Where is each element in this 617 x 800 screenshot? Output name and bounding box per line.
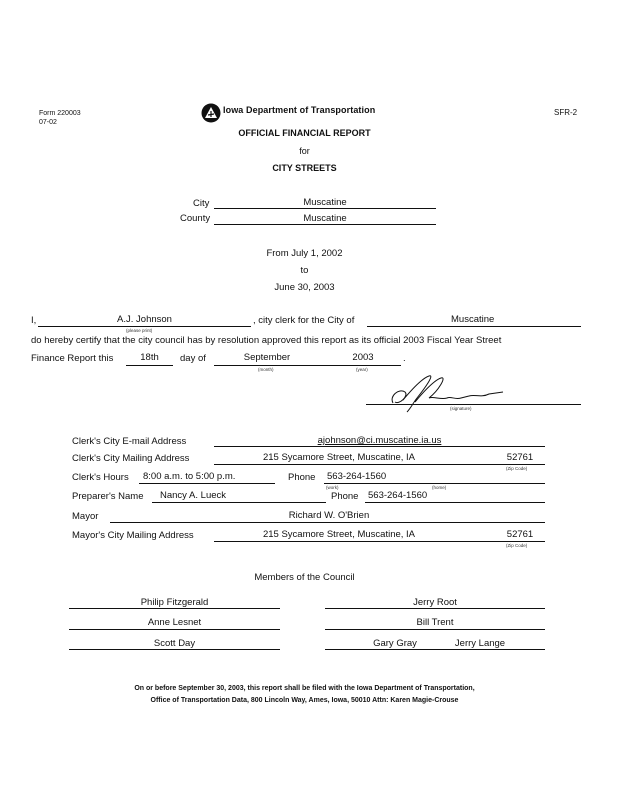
signature-underline — [366, 404, 581, 405]
clerk-phone-label: Phone — [288, 472, 315, 483]
form-code: SFR-2 — [554, 108, 577, 117]
day-underline — [126, 365, 173, 366]
email-field[interactable]: ajohnson@ci.muscatine.ia.us — [214, 435, 545, 446]
email-label: Clerk's City E-mail Address — [72, 436, 186, 447]
year-field[interactable]: 2003 — [340, 352, 386, 363]
hours-field[interactable]: 8:00 a.m. to 5:00 p.m. — [139, 471, 273, 482]
mayor-label: Mayor — [72, 511, 98, 522]
iowa-dot-logo-icon — [201, 103, 221, 123]
council-member-right-3[interactable]: Gary Gray — [360, 638, 430, 649]
form-date: 07-02 — [39, 119, 57, 126]
report-subtitle: CITY STREETS — [0, 163, 617, 173]
cert-city-field[interactable]: Muscatine — [367, 314, 581, 325]
footer-line-2: Office of Transportation Data, 800 Linco… — [0, 697, 617, 704]
mayor-mailing-label: Mayor's City Mailing Address — [72, 530, 194, 541]
council-left-underline-1 — [69, 608, 280, 609]
council-member-right-4[interactable]: Jerry Lange — [440, 638, 520, 649]
preparer-label: Preparer's Name — [72, 491, 144, 502]
city-underline — [214, 208, 436, 209]
cert-prefix: I, — [31, 315, 36, 326]
clerk-name-underline — [38, 326, 251, 327]
email-underline — [214, 446, 545, 447]
agency-name: Iowa Department of Transportation — [223, 105, 375, 115]
footer-line-1: On or before September 30, 2003, this re… — [0, 685, 617, 692]
finance-report-text: Finance Report this — [31, 353, 113, 364]
council-member-right-2[interactable]: Bill Trent — [325, 617, 545, 628]
city-field[interactable]: Muscatine — [214, 197, 436, 208]
clerk-zip-hint: (Zip Code) — [506, 466, 527, 471]
preparer-phone-label: Phone — [331, 491, 358, 502]
mayor-mailing-field[interactable]: 215 Sycamore Street, Muscatine, IA — [214, 529, 464, 540]
clerk-mailing-field[interactable]: 215 Sycamore Street, Muscatine, IA — [214, 452, 464, 463]
clerk-role-text: , city clerk for the City of — [253, 315, 354, 326]
city-label: City — [193, 198, 209, 209]
mayor-mailing-underline — [214, 541, 545, 542]
council-right-underline-2 — [325, 629, 545, 630]
preparer-phone-field[interactable]: 563-264-1560 — [365, 490, 448, 501]
clerk-name-hint: (please print) — [126, 328, 152, 333]
cert-city-underline — [367, 326, 581, 327]
day-field[interactable]: 18th — [126, 352, 173, 363]
report-title: OFFICIAL FINANCIAL REPORT — [0, 128, 617, 138]
preparer-phone-underline — [365, 502, 545, 503]
clerk-zip-field[interactable]: 52761 — [500, 452, 540, 463]
period-to-label: to — [0, 265, 617, 276]
council-right-underline-1 — [325, 608, 545, 609]
preparer-underline — [152, 502, 326, 503]
hours-underline — [139, 483, 275, 484]
council-member-left-1[interactable]: Philip Fitzgerald — [69, 597, 280, 608]
council-right-underline-3 — [325, 649, 545, 650]
signature-hint: (signature) — [450, 406, 472, 411]
council-member-right-1[interactable]: Jerry Root — [325, 597, 545, 608]
mayor-field[interactable]: Richard W. O'Brien — [214, 510, 444, 521]
period-end: . — [403, 353, 406, 364]
for-label: for — [0, 146, 617, 156]
month-hint: (month) — [258, 367, 274, 372]
period-from: From July 1, 2002 — [0, 248, 617, 259]
cert-statement: do hereby certify that the city council … — [31, 335, 501, 346]
council-left-underline-2 — [69, 629, 280, 630]
county-underline — [214, 224, 436, 225]
form-number: Form 220003 — [39, 110, 81, 117]
council-heading: Members of the Council — [0, 572, 617, 583]
council-left-underline-3 — [69, 649, 280, 650]
month-field[interactable]: September — [214, 352, 320, 363]
mayor-zip-hint: (Zip Code) — [506, 543, 527, 548]
month-year-underline — [214, 365, 401, 366]
county-label: County — [180, 213, 210, 224]
clerk-phone-field[interactable]: 563-264-1560 — [324, 471, 407, 482]
clerk-mailing-label: Clerk's City Mailing Address — [72, 453, 189, 464]
council-member-left-2[interactable]: Anne Lesnet — [69, 617, 280, 628]
preparer-field[interactable]: Nancy A. Lueck — [152, 490, 330, 501]
mayor-underline — [110, 522, 545, 523]
county-field[interactable]: Muscatine — [214, 213, 436, 224]
clerk-mailing-underline — [214, 464, 545, 465]
day-of-text: day of — [180, 353, 206, 364]
clerk-name-field[interactable]: A.J. Johnson — [38, 314, 251, 325]
year-hint: (year) — [356, 367, 368, 372]
mayor-zip-field[interactable]: 52761 — [500, 529, 540, 540]
clerk-phone-underline — [324, 483, 545, 484]
period-to: June 30, 2003 — [0, 282, 617, 293]
hours-label: Clerk's Hours — [72, 472, 129, 483]
council-member-left-3[interactable]: Scott Day — [69, 638, 280, 649]
